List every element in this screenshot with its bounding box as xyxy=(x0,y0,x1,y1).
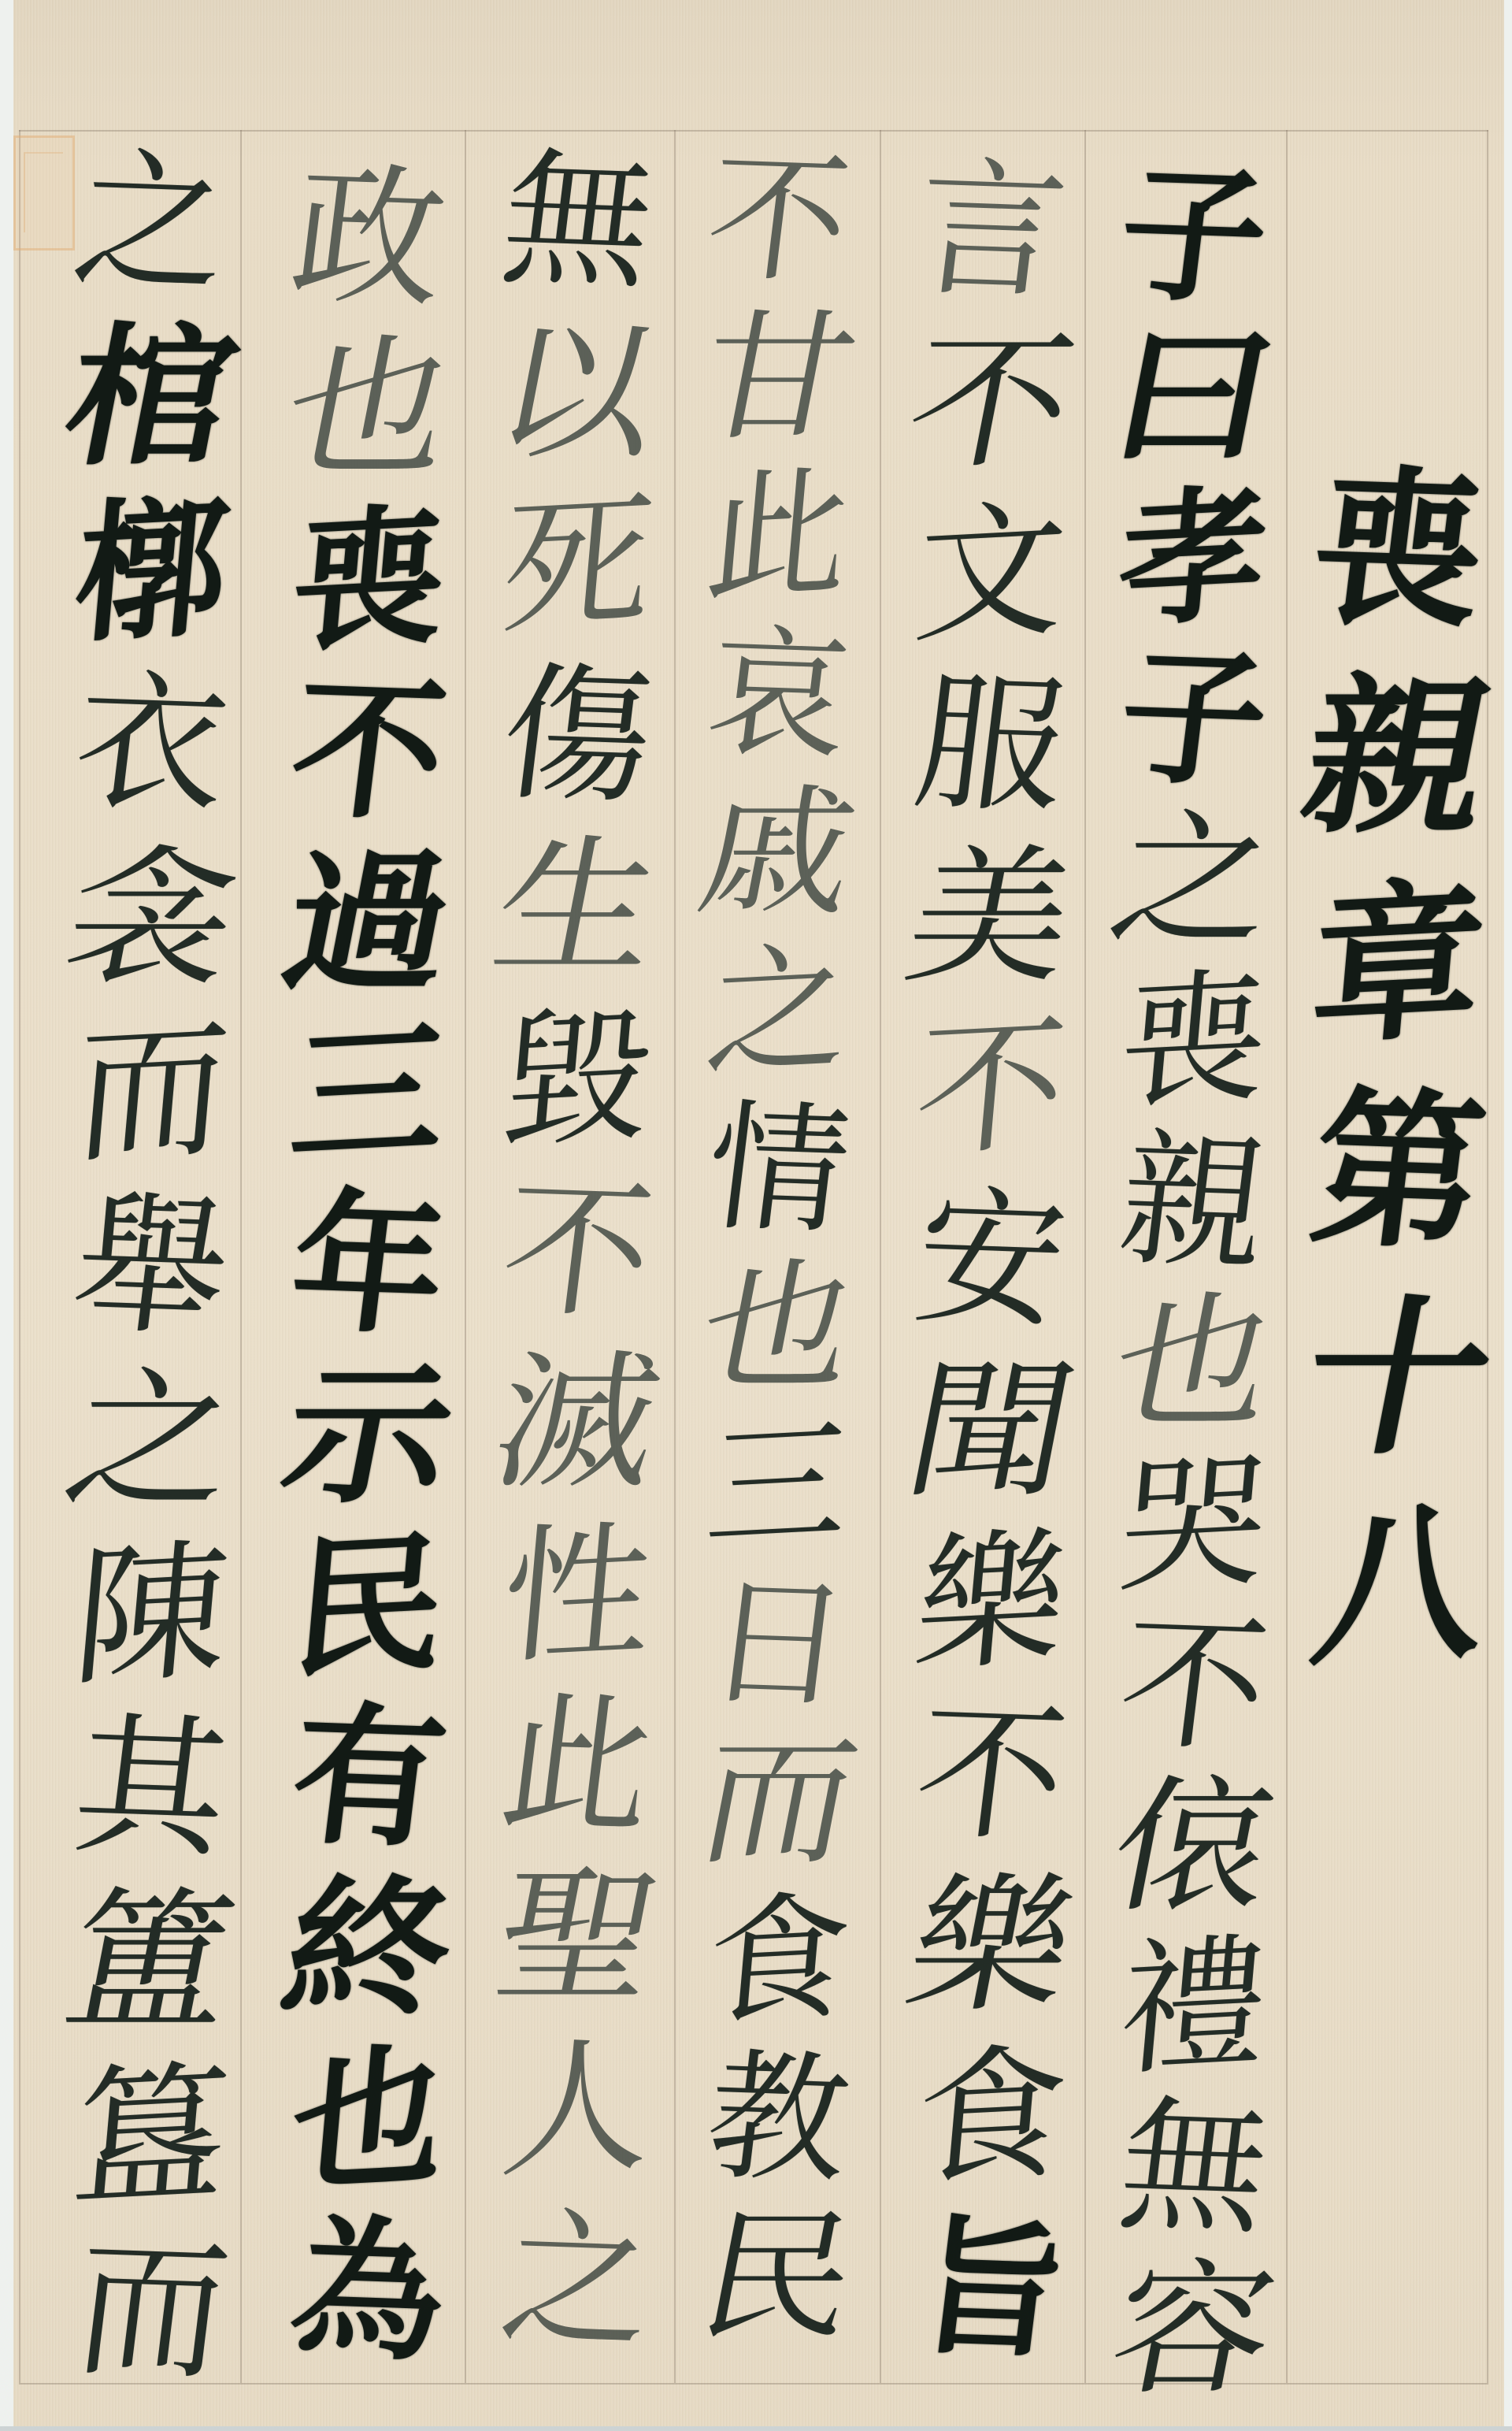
calligraphy-character: 之 xyxy=(55,1366,248,1517)
calligraphy-character: 也 xyxy=(286,2041,451,2200)
calligraphy-character: 衣 xyxy=(67,667,236,824)
calligraphy-character: 陳 xyxy=(69,1536,234,1695)
calligraphy-character: 政 xyxy=(284,161,454,317)
calligraphy-character: 章 xyxy=(1305,875,1490,1053)
calligraphy-character: 有 xyxy=(284,1700,454,1857)
calligraphy-character: 安 xyxy=(908,1184,1073,1337)
calligraphy-character: 服 xyxy=(908,670,1073,822)
calligraphy-character: 第 xyxy=(1303,1083,1493,1258)
calligraphy-character: 人 xyxy=(496,2032,658,2188)
calligraphy-character: 不 xyxy=(699,147,856,292)
calligraphy-character: 情 xyxy=(699,1097,856,1241)
calligraphy-character: 食 xyxy=(702,1887,855,2035)
calligraphy-character: 喪 xyxy=(1303,462,1493,637)
text-column-1: 子 曰 孝 子 之 喪 親 也 哭 不 偯 禮 無 容 xyxy=(1095,163,1291,2403)
calligraphy-character: 容 xyxy=(1100,2257,1286,2403)
calligraphy-character: 文 xyxy=(910,497,1072,653)
calligraphy-character: 民 xyxy=(286,1527,451,1687)
calligraphy-character: 之 xyxy=(1100,807,1286,953)
text-column-2: 言 不 文 服 美 不 安 聞 樂 不 樂 食 旨 xyxy=(892,158,1089,2363)
calligraphy-character: 年 xyxy=(284,1187,454,1344)
calligraphy-character: 毀 xyxy=(496,1002,658,1158)
calligraphy-character: 以 xyxy=(483,320,672,468)
top-rule-line xyxy=(19,130,1488,132)
calligraphy-character: 終 xyxy=(272,1874,465,2025)
calligraphy-character: 子 xyxy=(1112,644,1275,794)
column-divider-line xyxy=(880,130,881,2383)
calligraphy-character: 喪 xyxy=(1114,965,1273,1118)
calligraphy-character: 戚 xyxy=(689,783,868,923)
calligraphy-character: 也 xyxy=(689,1257,868,1397)
calligraphy-character: 此 xyxy=(702,462,855,610)
calligraphy-character: 而 xyxy=(69,1014,234,1173)
calligraphy-character: 子 xyxy=(1112,161,1275,311)
calligraphy-character: 簠 xyxy=(55,1887,248,2039)
calligraphy-character: 孝 xyxy=(1114,481,1273,634)
calligraphy-character: 聞 xyxy=(896,1358,1085,1506)
calligraphy-character: 之 xyxy=(702,937,855,1085)
calligraphy-character: 不 xyxy=(910,1011,1072,1167)
calligraphy-character: 也 xyxy=(1100,1290,1286,1436)
calligraphy-character: 而 xyxy=(67,2233,236,2390)
calligraphy-character: 十 xyxy=(1290,1293,1506,1463)
calligraphy-character: 傷 xyxy=(495,660,660,813)
calligraphy-character: 之 xyxy=(67,146,236,302)
calligraphy-character: 性 xyxy=(496,1517,658,1673)
calligraphy-character: 親 xyxy=(1112,1127,1275,1278)
calligraphy-character: 哀 xyxy=(699,622,856,767)
calligraphy-character: 甘 xyxy=(689,308,868,448)
text-column-6: 之 棺 槨 衣 衾 而 舉 之 陳 其 簠 簋 而 xyxy=(53,148,250,2387)
calligraphy-character: 為 xyxy=(284,2214,454,2370)
scan-bottom-edge xyxy=(0,2426,1512,2431)
calligraphy-character: 日 xyxy=(699,1572,856,1717)
text-column-3: 不 甘 此 哀 戚 之 情 也 三 日 而 食 教 民 xyxy=(680,150,876,2347)
calligraphy-character: 不 xyxy=(284,674,454,830)
calligraphy-character: 樂 xyxy=(910,1525,1072,1681)
calligraphy-character: 滅 xyxy=(483,1349,672,1498)
calligraphy-character: 而 xyxy=(689,1732,868,1872)
calligraphy-character: 樂 xyxy=(896,1872,1085,2021)
calligraphy-character: 不 xyxy=(896,329,1085,477)
calligraphy-character: 八 xyxy=(1305,1497,1490,1675)
calligraphy-character: 曰 xyxy=(1100,324,1286,469)
calligraphy-character: 無 xyxy=(1112,2093,1275,2244)
calligraphy-character: 三 xyxy=(286,1015,451,1174)
calligraphy-character: 美 xyxy=(896,844,1085,992)
scan-canvas: 喪 親 章 第 十 八 子 曰 孝 子 之 喪 親 也 哭 不 偯 禮 無 容 … xyxy=(0,0,1512,2431)
calligraphy-character: 簋 xyxy=(69,2058,234,2217)
calligraphy-character: 三 xyxy=(702,1412,855,1560)
calligraphy-character: 舉 xyxy=(67,1190,236,1346)
chapter-title-column: 喪 親 章 第 十 八 xyxy=(1299,465,1496,1670)
calligraphy-character: 示 xyxy=(272,1360,465,1512)
calligraphy-character: 之 xyxy=(495,2205,660,2358)
calligraphy-character: 民 xyxy=(689,2207,868,2347)
text-column-5: 政 也 喪 不 過 三 年 示 民 有 終 也 為 xyxy=(270,163,467,2367)
calligraphy-character: 聖 xyxy=(483,1864,672,2012)
calligraphy-character: 過 xyxy=(272,848,465,999)
calligraphy-character: 此 xyxy=(495,1690,660,1843)
calligraphy-character: 也 xyxy=(272,334,465,485)
calligraphy-character: 偯 xyxy=(1100,1774,1286,1920)
calligraphy-character: 生 xyxy=(483,834,672,982)
calligraphy-character: 不 xyxy=(1112,1610,1275,1761)
calligraphy-character: 喪 xyxy=(286,501,451,660)
calligraphy-character: 言 xyxy=(908,155,1073,308)
calligraphy-character: 其 xyxy=(67,1711,236,1868)
calligraphy-character: 不 xyxy=(495,1175,660,1328)
calligraphy-character: 不 xyxy=(908,1698,1073,1851)
calligraphy-character: 槨 xyxy=(69,492,234,651)
text-column-4: 無 以 死 傷 生 毀 不 滅 性 此 聖 人 之 xyxy=(479,148,676,2355)
calligraphy-character: 教 xyxy=(699,2047,856,2192)
left-border-line xyxy=(19,130,20,2383)
calligraphy-character: 死 xyxy=(496,488,658,644)
calligraphy-character: 棺 xyxy=(55,322,248,473)
calligraphy-character: 旨 xyxy=(908,2213,1073,2366)
calligraphy-character: 食 xyxy=(910,2039,1072,2195)
calligraphy-character: 哭 xyxy=(1114,1448,1273,1601)
calligraphy-character: 親 xyxy=(1290,672,1506,841)
calligraphy-character: 衾 xyxy=(55,844,248,995)
calligraphy-character: 無 xyxy=(495,146,660,299)
calligraphy-character: 禮 xyxy=(1114,1931,1273,2084)
